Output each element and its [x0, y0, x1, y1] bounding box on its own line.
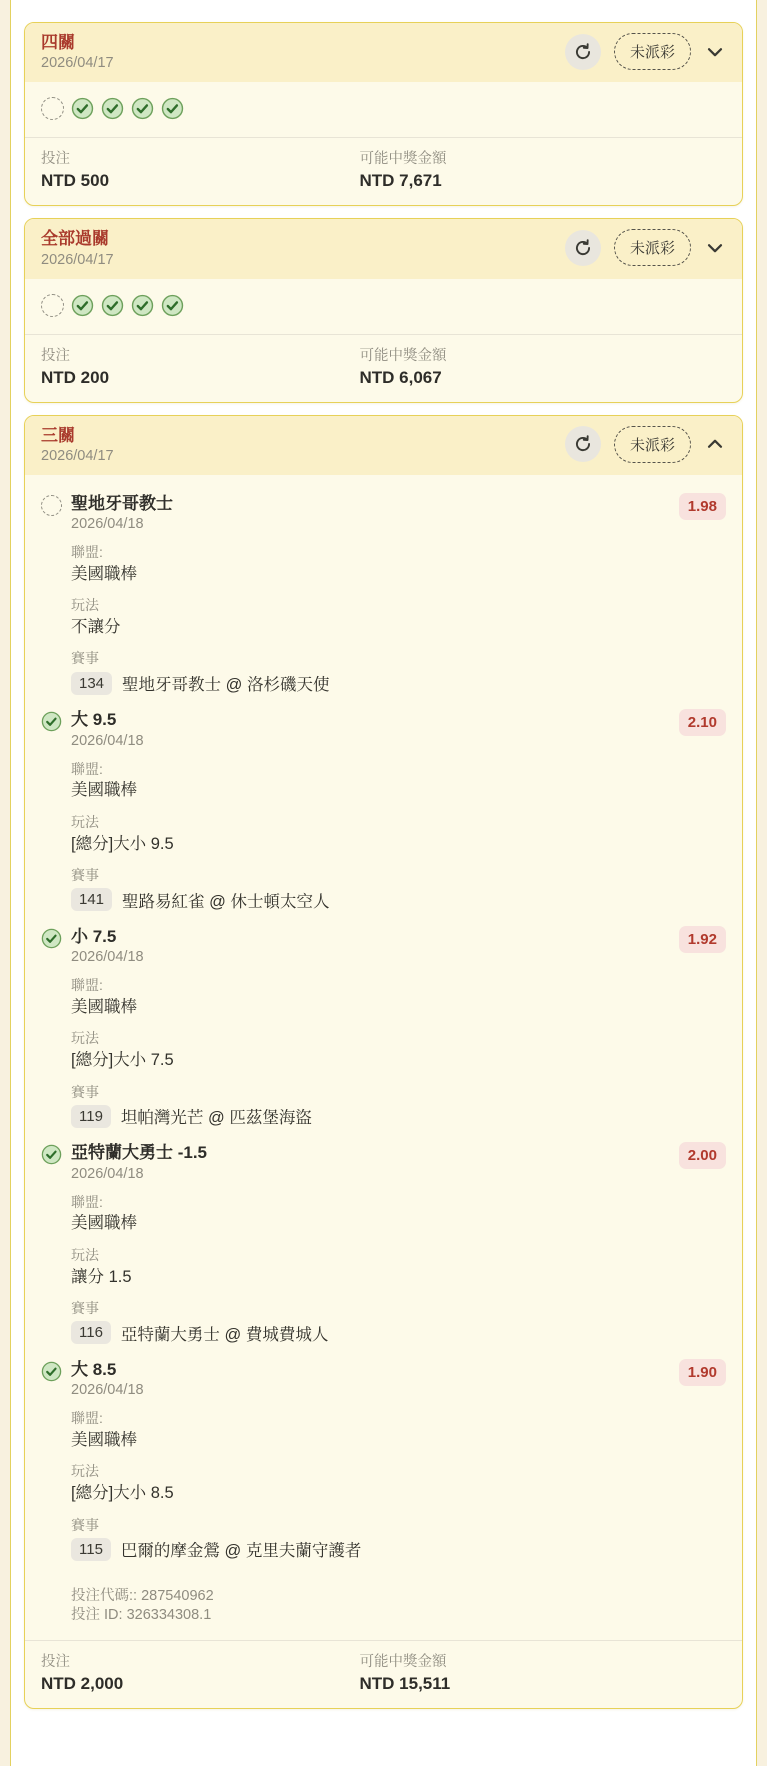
leg-pending-icon — [41, 97, 64, 120]
refresh-icon — [573, 434, 593, 454]
play-type-value: 不讓分 — [71, 617, 726, 638]
bet-type-title: 四關 — [41, 32, 114, 53]
play-type-label: 玩法 — [71, 597, 726, 614]
league-value: 美國職棒 — [71, 780, 726, 801]
selection-date: 2026/04/18 — [71, 516, 669, 532]
league-value: 美國職棒 — [71, 564, 726, 585]
leg-won-icon — [131, 97, 154, 120]
bet-card-1-title-block: 四關 2026/04/17 — [41, 32, 114, 71]
potential-win-label: 可能中獎金額 — [360, 147, 726, 168]
bet-card-3-header[interactable]: 三關 2026/04/17 未派彩 — [25, 416, 742, 475]
play-type-label: 玩法 — [71, 1247, 726, 1264]
play-type-value: 讓分 1.5 — [71, 1267, 726, 1288]
bet-date: 2026/04/17 — [41, 55, 114, 71]
bet-card-3: 三關 2026/04/17 未派彩 — [24, 415, 743, 1709]
bet-card-2-header[interactable]: 全部過關 2026/04/17 未派彩 — [25, 219, 742, 278]
stake-value: NTD 500 — [41, 171, 360, 191]
play-type-value: [總分]大小 7.5 — [71, 1050, 726, 1071]
potential-win-value: NTD 15,511 — [360, 1674, 726, 1694]
stake-label: 投注 — [41, 1650, 360, 1671]
odds-badge: 1.92 — [679, 926, 726, 953]
bet-card-3-title-block: 三關 2026/04/17 — [41, 425, 114, 464]
play-type-label: 玩法 — [71, 1030, 726, 1047]
leg-pending-icon — [41, 294, 64, 317]
selection-title: 亞特蘭大勇士 -1.5 — [71, 1142, 669, 1163]
potential-win-label: 可能中獎金額 — [360, 1650, 726, 1671]
leg-won-icon — [161, 97, 184, 120]
event-name: 巴爾的摩金鶯 @ 克里夫蘭守護者 — [121, 1537, 361, 1561]
event-name: 聖路易紅雀 @ 休士頓太空人 — [122, 888, 329, 912]
odds-badge: 2.10 — [679, 709, 726, 736]
chevron-down-icon[interactable] — [704, 41, 726, 63]
selection-date: 2026/04/18 — [71, 733, 669, 749]
event-name: 亞特蘭大勇士 @ 費城費城人 — [121, 1321, 328, 1345]
play-type-value: [總分]大小 8.5 — [71, 1483, 726, 1504]
refresh-button[interactable] — [565, 230, 601, 266]
leg-list: 聖地牙哥教士 2026/04/18 1.98 聯盟: 美國職棒 玩法 不讓分 — [25, 475, 742, 1626]
stake-label: 投注 — [41, 147, 360, 168]
potential-win-label: 可能中獎金額 — [360, 344, 726, 365]
selection-date: 2026/04/18 — [71, 949, 669, 965]
leg-item-2: 大 9.5 2026/04/18 2.10 聯盟: 美國職棒 玩法 [總分]大小… — [41, 695, 726, 912]
leg-won-icon — [71, 294, 94, 317]
league-label: 聯盟: — [71, 1410, 726, 1427]
bet-type-title: 三關 — [41, 425, 114, 446]
league-label: 聯盟: — [71, 977, 726, 994]
bet-code: 投注代碼:: 287540962 — [71, 1587, 726, 1606]
league-value: 美國職棒 — [71, 1430, 726, 1451]
potential-win-value: NTD 7,671 — [360, 171, 726, 191]
league-label: 聯盟: — [71, 761, 726, 778]
leg-won-icon — [71, 97, 94, 120]
event-label: 賽事 — [71, 650, 726, 667]
bet-card-2-title-block: 全部過關 2026/04/17 — [41, 228, 114, 267]
event-label: 賽事 — [71, 867, 726, 884]
league-label: 聯盟: — [71, 1194, 726, 1211]
event-name: 坦帕灣光芒 @ 匹茲堡海盜 — [121, 1104, 312, 1128]
leg-pending-icon — [41, 495, 62, 516]
bet-card-2: 全部過關 2026/04/17 未派彩 — [24, 218, 743, 402]
odds-badge: 1.98 — [679, 493, 726, 520]
event-number-badge: 115 — [71, 1538, 111, 1561]
refresh-icon — [573, 42, 593, 62]
leg-item-3: 小 7.5 2026/04/18 1.92 聯盟: 美國職棒 玩法 [總分]大小… — [41, 912, 726, 1129]
leg-won-icon — [101, 97, 124, 120]
refresh-button[interactable] — [565, 426, 601, 462]
leg-won-icon — [161, 294, 184, 317]
play-type-value: [總分]大小 9.5 — [71, 834, 726, 855]
odds-badge: 2.00 — [679, 1142, 726, 1169]
status-badge: 未派彩 — [614, 426, 691, 463]
league-label: 聯盟: — [71, 544, 726, 561]
refresh-button[interactable] — [565, 34, 601, 70]
leg-won-icon — [41, 711, 62, 732]
event-name: 聖地牙哥教士 @ 洛杉磯天使 — [122, 671, 329, 695]
status-badge: 未派彩 — [614, 33, 691, 70]
refresh-icon — [573, 238, 593, 258]
bet-card-3-footer: 投注 NTD 2,000 可能中獎金額 NTD 15,511 — [25, 1640, 742, 1708]
leg-item-4: 亞特蘭大勇士 -1.5 2026/04/18 2.00 聯盟: 美國職棒 玩法 … — [41, 1128, 726, 1345]
bet-history-list: 四關 2026/04/17 未派彩 — [10, 0, 757, 1766]
selection-title: 小 7.5 — [71, 926, 669, 947]
league-value: 美國職棒 — [71, 997, 726, 1018]
bet-card-1-footer: 投注 NTD 500 可能中獎金額 NTD 7,671 — [25, 137, 742, 205]
leg-progress-row — [25, 279, 742, 334]
bet-type-title: 全部過關 — [41, 228, 114, 249]
selection-title: 大 9.5 — [71, 709, 669, 730]
leg-won-icon — [41, 928, 62, 949]
bet-card-1: 四關 2026/04/17 未派彩 — [24, 22, 743, 206]
bet-date: 2026/04/17 — [41, 252, 114, 268]
chevron-down-icon[interactable] — [704, 237, 726, 259]
status-badge: 未派彩 — [614, 229, 691, 266]
leg-won-icon — [41, 1361, 62, 1382]
event-number-badge: 134 — [71, 672, 112, 695]
selection-title: 聖地牙哥教士 — [71, 493, 669, 514]
leg-won-icon — [101, 294, 124, 317]
bet-date: 2026/04/17 — [41, 448, 114, 464]
play-type-label: 玩法 — [71, 814, 726, 831]
leg-item-1: 聖地牙哥教士 2026/04/18 1.98 聯盟: 美國職棒 玩法 不讓分 — [41, 479, 726, 696]
bet-card-1-header[interactable]: 四關 2026/04/17 未派彩 — [25, 23, 742, 82]
stake-value: NTD 200 — [41, 368, 360, 388]
league-value: 美國職棒 — [71, 1213, 726, 1234]
leg-progress-row — [25, 82, 742, 137]
event-number-badge: 116 — [71, 1321, 111, 1344]
event-number-badge: 119 — [71, 1105, 111, 1128]
bet-id: 投注 ID: 326334308.1 — [71, 1606, 726, 1625]
chevron-up-icon[interactable] — [704, 433, 726, 455]
event-label: 賽事 — [71, 1300, 726, 1317]
play-type-label: 玩法 — [71, 1463, 726, 1480]
stake-value: NTD 2,000 — [41, 1674, 360, 1694]
bet-card-2-footer: 投注 NTD 200 可能中獎金額 NTD 6,067 — [25, 334, 742, 402]
odds-badge: 1.90 — [679, 1359, 726, 1386]
potential-win-value: NTD 6,067 — [360, 368, 726, 388]
leg-item-5: 大 8.5 2026/04/18 1.90 聯盟: 美國職棒 玩法 [總分]大小… — [41, 1345, 726, 1562]
selection-date: 2026/04/18 — [71, 1382, 669, 1398]
event-label: 賽事 — [71, 1084, 726, 1101]
stake-label: 投注 — [41, 344, 360, 365]
event-label: 賽事 — [71, 1517, 726, 1534]
selection-date: 2026/04/18 — [71, 1166, 669, 1182]
event-number-badge: 141 — [71, 888, 112, 911]
selection-title: 大 8.5 — [71, 1359, 669, 1380]
bet-reference-block: 投注代碼:: 287540962 投注 ID: 326334308.1 — [71, 1587, 726, 1625]
leg-won-icon — [131, 294, 154, 317]
leg-won-icon — [41, 1144, 62, 1165]
